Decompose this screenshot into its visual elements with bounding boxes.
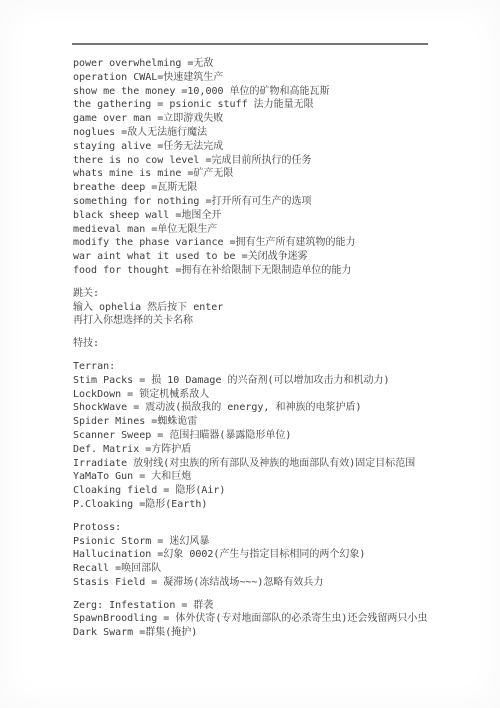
section-zerg: Zerg: Infestation = 群袭SpawnBroodling = 体…	[73, 599, 473, 640]
section-specials-heading: 特技:	[73, 337, 473, 351]
text-line: 输入 ophelia 然后按下 enter	[73, 301, 473, 315]
text-line: the gathering = psionic stuff 法力能量无限	[73, 98, 473, 112]
text-line: Def. Matrix =方阵护盾	[73, 443, 473, 457]
text-line: Recall =唤回部队	[73, 562, 473, 576]
text-line: operation CWAL=快速建筑生产	[73, 71, 473, 85]
text-line: show me the money =10,000 单位的矿物和高能瓦斯	[73, 85, 473, 99]
text-line: Psionic Storm = 迷幻风暴	[73, 535, 473, 549]
text-line: modify the phase variance =拥有生产所有建筑物的能力	[73, 236, 473, 250]
text-line: food for thought =拥有在补给限制下无限制造单位的能力	[73, 264, 473, 278]
text-line: staying alive =任务无法完成	[73, 140, 473, 154]
text-line: P.Cloaking =隐形(Earth)	[73, 498, 473, 512]
text-line: Terran:	[73, 360, 473, 374]
text-line: something for nothing =打开所有可生产的选项	[73, 195, 473, 209]
divider-line	[72, 43, 428, 45]
text-line: whats mine is mine =矿产无限	[73, 167, 473, 181]
text-line: Zerg: Infestation = 群袭	[73, 599, 473, 613]
text-line: SpawnBroodling = 体外伏寄(专对地面部队的必杀寄生虫)还会残留两…	[73, 612, 473, 626]
text-line: Dark Swarm =群集(掩护)	[73, 626, 473, 640]
text-line: Stim Packs = 损 10 Damage 的兴奋剂(可以增加攻击力和机动…	[73, 374, 473, 388]
text-line: 再打入你想选择的关卡名称	[73, 314, 473, 328]
text-line: Stasis Field = 凝滞场(冻结战场~~~)忽略有效兵力	[73, 576, 473, 590]
text-line: war aint what it used to be =关闭战争迷雾	[73, 250, 473, 264]
text-line: power overwhelming =无敌	[73, 57, 473, 71]
text-line: Spider Mines =蜘蛛诡雷	[73, 415, 473, 429]
text-line: Protoss:	[73, 521, 473, 535]
section-protoss: Protoss:Psionic Storm = 迷幻风暴Hallucinatio…	[73, 521, 473, 590]
text-line: 跳关:	[73, 287, 473, 301]
text-line: noglues =敌人无法施行魔法	[73, 126, 473, 140]
text-line: Irradiate 放射线(对虫族的所有部队及神族的地面部队有效)固定目标范围	[73, 457, 473, 471]
section-level-skip: 跳关:输入 ophelia 然后按下 enter再打入你想选择的关卡名称	[73, 287, 473, 328]
text-line: game over man =立即游戏失败	[73, 112, 473, 126]
text-line: YaMaTo Gun = 大和巨炮	[73, 470, 473, 484]
text-line: Scanner Sweep = 范围扫瞄器(暴露隐形单位)	[73, 429, 473, 443]
document-page: power overwhelming =无敌operation CWAL=快速建…	[0, 0, 500, 708]
text-line: LockDown = 锁定机械系敌人	[73, 388, 473, 402]
text-line: medieval man =单位无限生产	[73, 223, 473, 237]
text-line: Hallucination =幻象 0002(产生与指定目标相同的两个幻象)	[73, 548, 473, 562]
section-cheat-codes: power overwhelming =无敌operation CWAL=快速建…	[73, 57, 473, 278]
text-line: black sheep wall =地图全开	[73, 209, 473, 223]
document-content: power overwhelming =无敌operation CWAL=快速建…	[73, 57, 473, 649]
section-terran: Terran:Stim Packs = 损 10 Damage 的兴奋剂(可以增…	[73, 360, 473, 512]
text-line: ShockWave = 震动波(损敌我的 energy, 和神族的电浆护盾)	[73, 401, 473, 415]
text-line: 特技:	[73, 337, 473, 351]
text-line: breathe deep =瓦斯无限	[73, 181, 473, 195]
text-line: Cloaking field = 隐形(Air)	[73, 484, 473, 498]
text-line: there is no cow level =完成目前所执行的任务	[73, 154, 473, 168]
